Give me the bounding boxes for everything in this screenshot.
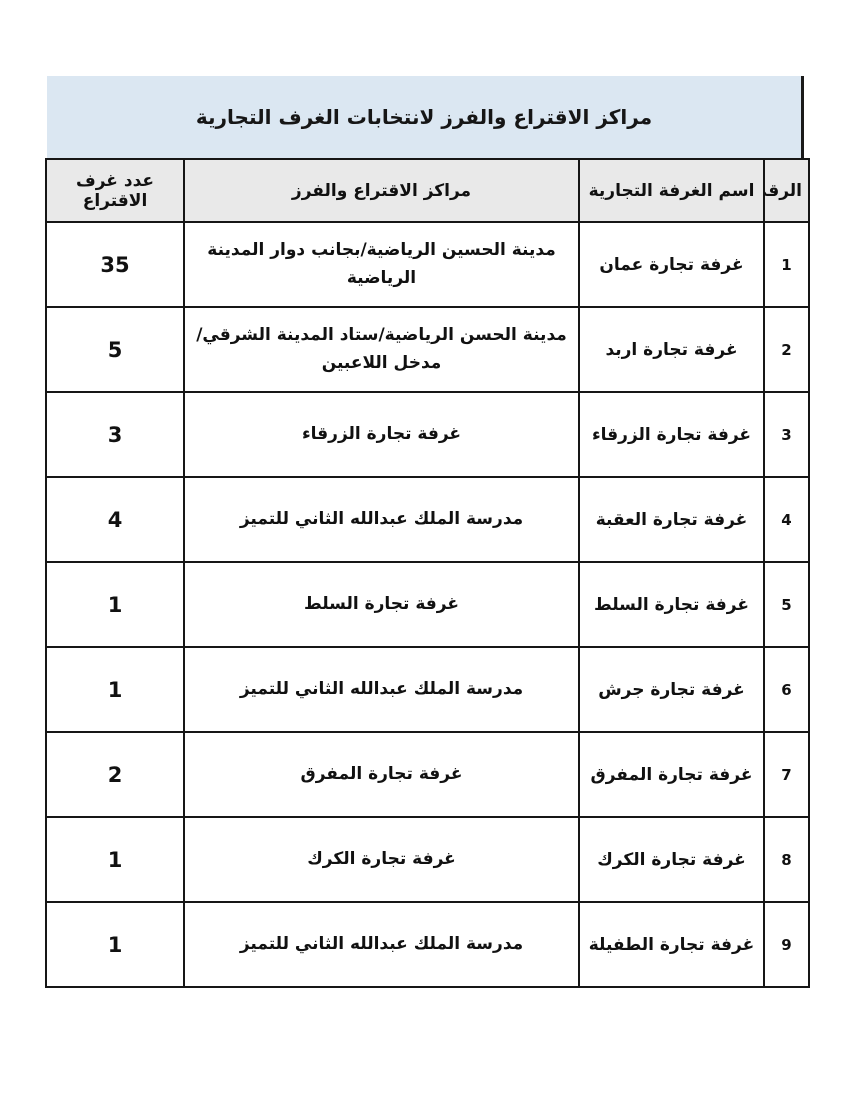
header-row: الرقم اسم الغرفة التجارية مراكز الاقتراع… xyxy=(46,159,809,222)
table-row: 7غرفة تجارة المفرقغرفة تجارة المفرق2 xyxy=(46,732,809,817)
table-row: 2غرفة تجارة اربدمدينة الحسن الرياضية/ستا… xyxy=(46,307,809,392)
table-row: 8غرفة تجارة الكركغرفة تجارة الكرك1 xyxy=(46,817,809,902)
cell-polling-center: مدرسة الملك عبدالله الثاني للتميز xyxy=(184,902,579,987)
table-header: الرقم اسم الغرفة التجارية مراكز الاقتراع… xyxy=(46,159,809,222)
cell-chamber-name: غرفة تجارة الزرقاء xyxy=(579,392,764,477)
cell-chamber-name: غرفة تجارة الطفيلة xyxy=(579,902,764,987)
cell-chamber-name: غرفة تجارة الكرك xyxy=(579,817,764,902)
cell-row-number: 8 xyxy=(764,817,809,902)
table-body: 1غرفة تجارة عمانمدينة الحسين الرياضية/بج… xyxy=(46,222,809,987)
table-row: 9غرفة تجارة الطفيلةمدرسة الملك عبدالله ا… xyxy=(46,902,809,987)
header-chamber-name: اسم الغرفة التجارية xyxy=(579,159,764,222)
cell-polling-center: مدينة الحسين الرياضية/بجانب دوار المدينة… xyxy=(184,222,579,307)
table-row: 3غرفة تجارة الزرقاءغرفة تجارة الزرقاء3 xyxy=(46,392,809,477)
cell-polling-center: غرفة تجارة المفرق xyxy=(184,732,579,817)
table-row: 4غرفة تجارة العقبةمدرسة الملك عبدالله ال… xyxy=(46,477,809,562)
cell-polling-center: غرفة تجارة السلط xyxy=(184,562,579,647)
cell-row-number: 5 xyxy=(764,562,809,647)
cell-chamber-name: غرفة تجارة السلط xyxy=(579,562,764,647)
cell-row-number: 2 xyxy=(764,307,809,392)
header-polling-center: مراكز الاقتراع والفرز xyxy=(184,159,579,222)
cell-rooms-count: 1 xyxy=(46,817,184,902)
cell-rooms-count: 3 xyxy=(46,392,184,477)
document-page: مراكز الاقتراع والفرز لانتخابات الغرف ال… xyxy=(0,0,850,1100)
cell-chamber-name: غرفة تجارة العقبة xyxy=(579,477,764,562)
cell-rooms-count: 4 xyxy=(46,477,184,562)
cell-polling-center: غرفة تجارة الزرقاء xyxy=(184,392,579,477)
polling-centers-table: الرقم اسم الغرفة التجارية مراكز الاقتراع… xyxy=(45,158,810,988)
cell-chamber-name: غرفة تجارة جرش xyxy=(579,647,764,732)
cell-polling-center: مدينة الحسن الرياضية/ستاد المدينة الشرقي… xyxy=(184,307,579,392)
page-title: مراكز الاقتراع والفرز لانتخابات الغرف ال… xyxy=(196,105,652,129)
cell-row-number: 1 xyxy=(764,222,809,307)
header-number: الرقم xyxy=(764,159,809,222)
cell-rooms-count: 5 xyxy=(46,307,184,392)
table-row: 5غرفة تجارة السلطغرفة تجارة السلط1 xyxy=(46,562,809,647)
cell-polling-center: غرفة تجارة الكرك xyxy=(184,817,579,902)
cell-chamber-name: غرفة تجارة عمان xyxy=(579,222,764,307)
cell-chamber-name: غرفة تجارة المفرق xyxy=(579,732,764,817)
cell-rooms-count: 35 xyxy=(46,222,184,307)
cell-row-number: 9 xyxy=(764,902,809,987)
table-row: 1غرفة تجارة عمانمدينة الحسين الرياضية/بج… xyxy=(46,222,809,307)
cell-chamber-name: غرفة تجارة اربد xyxy=(579,307,764,392)
cell-row-number: 4 xyxy=(764,477,809,562)
cell-row-number: 3 xyxy=(764,392,809,477)
cell-rooms-count: 1 xyxy=(46,902,184,987)
table-row: 6غرفة تجارة جرشمدرسة الملك عبدالله الثان… xyxy=(46,647,809,732)
cell-polling-center: مدرسة الملك عبدالله الثاني للتميز xyxy=(184,647,579,732)
cell-rooms-count: 2 xyxy=(46,732,184,817)
cell-row-number: 7 xyxy=(764,732,809,817)
header-rooms-count: عدد غرف الاقتراع xyxy=(46,159,184,222)
cell-rooms-count: 1 xyxy=(46,562,184,647)
cell-row-number: 6 xyxy=(764,647,809,732)
cell-polling-center: مدرسة الملك عبدالله الثاني للتميز xyxy=(184,477,579,562)
table-title-banner: مراكز الاقتراع والفرز لانتخابات الغرف ال… xyxy=(47,76,804,158)
cell-rooms-count: 1 xyxy=(46,647,184,732)
